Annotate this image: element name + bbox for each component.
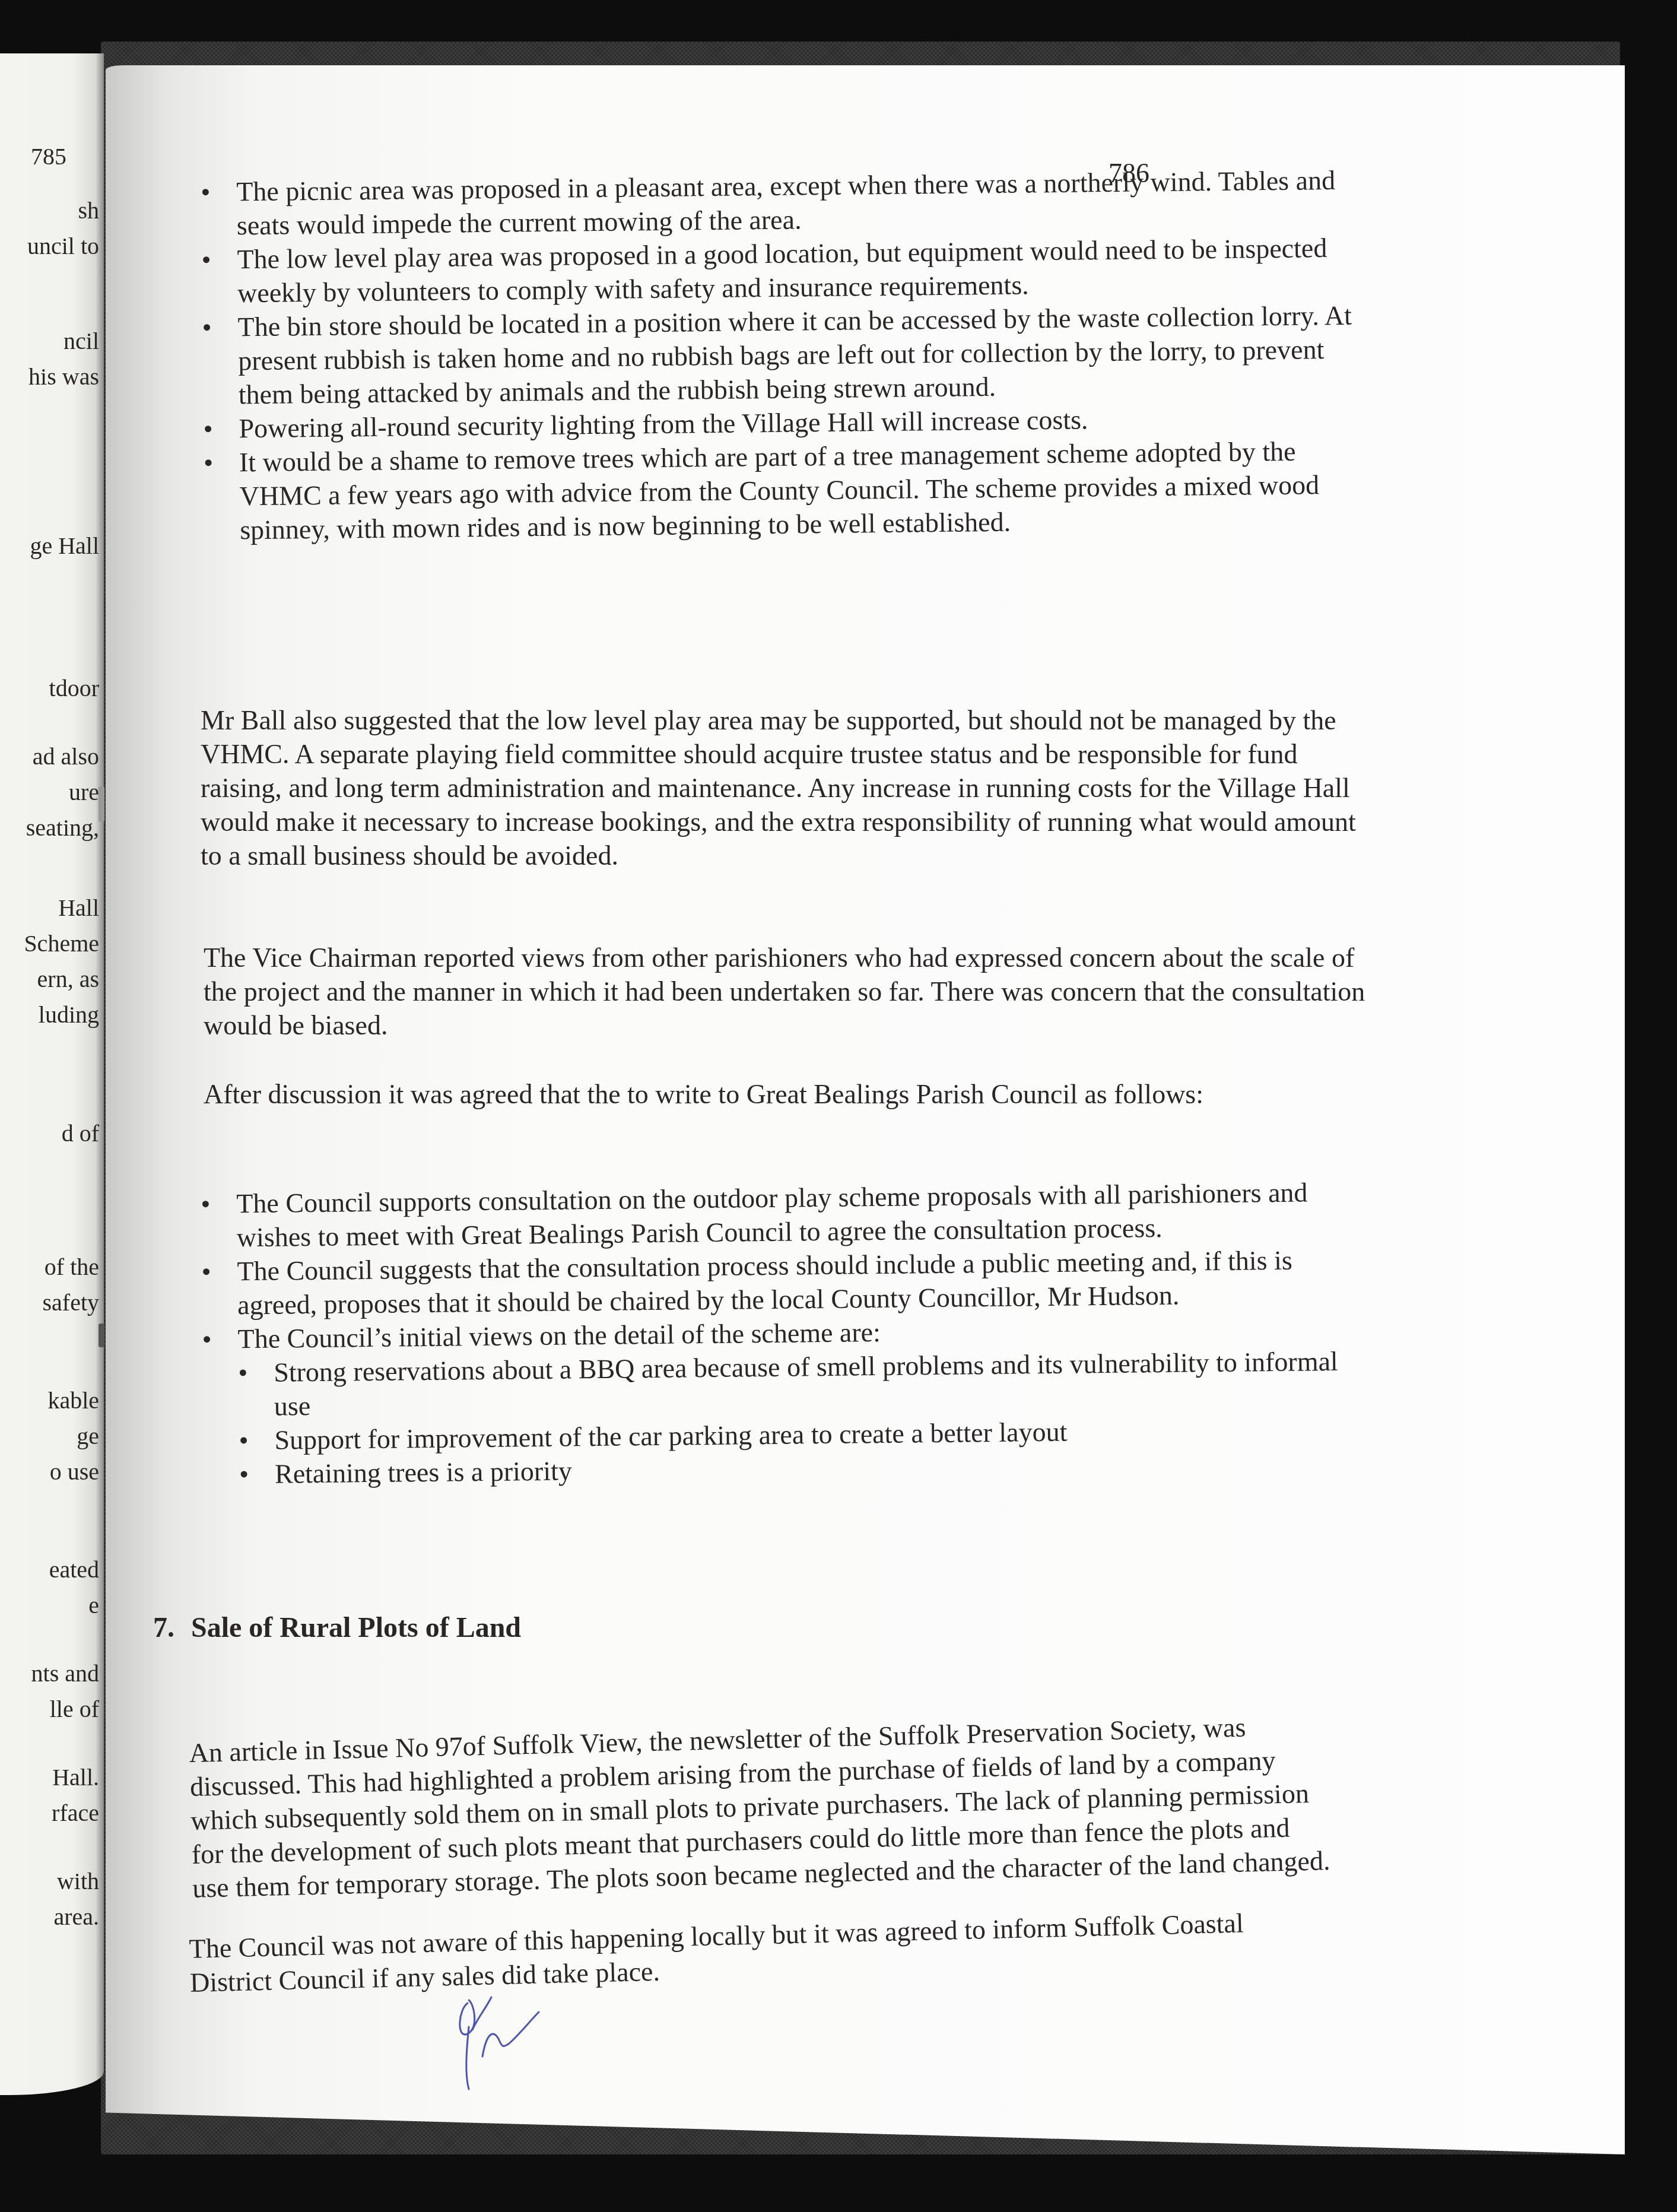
bullet-icon: • (201, 1255, 211, 1289)
section-7-paragraph-1: An article in Issue No 97of Suffolk View… (189, 1708, 1332, 1905)
left-page-fragment: Hall (58, 896, 99, 920)
left-page-fragment: with (57, 1870, 99, 1893)
bullet-icon: • (201, 175, 211, 209)
section-7-heading: 7. Sale of Rural Plots of Land (153, 1611, 521, 1644)
left-page-fragment: ern, as (37, 967, 99, 991)
bullet-icon: • (201, 243, 211, 277)
section-number: 7. (153, 1611, 184, 1644)
binding-tab (99, 786, 104, 822)
bullet-icon: • (239, 1423, 249, 1457)
list-item: •The picnic area was proposed in a pleas… (201, 163, 1358, 243)
left-page-fragment: tdoor (49, 677, 99, 700)
list-item: •The Council suggests that the consultat… (201, 1243, 1353, 1322)
list-item: •The bin store should be located in a po… (202, 299, 1360, 412)
list-item: •The low level play area was proposed in… (201, 231, 1359, 310)
left-page-fragment: lle of (50, 1697, 99, 1721)
bullet-icon: • (202, 310, 212, 344)
list-item: •It would be a shame to remove trees whi… (204, 434, 1362, 547)
bullet-icon: • (238, 1356, 248, 1389)
left-page-fragment: eated (49, 1558, 99, 1582)
left-page: 785 shuncil toncilhis wasge Halltdoorad … (0, 53, 104, 2095)
binding-notch (99, 1324, 104, 1347)
left-page-fragment: Scheme (24, 932, 99, 956)
left-page-fragment: ge Hall (30, 534, 99, 558)
vice-chairman-paragraph: The Vice Chairman reported views from ot… (204, 941, 1367, 1042)
right-page: 786 •The picnic area was proposed in a p… (106, 65, 1625, 2154)
left-page-fragment: area. (53, 1905, 99, 1929)
left-page-fragment: of the (45, 1255, 99, 1279)
sub-list-item: •Strong reservations about a BBQ area be… (202, 1344, 1354, 1424)
list-item: •The Council supports consultation on th… (201, 1175, 1352, 1255)
section-title: Sale of Rural Plots of Land (191, 1612, 521, 1643)
council-points-list: •The Council supports consultation on th… (201, 1175, 1355, 1491)
left-page-fragment: e (88, 1594, 99, 1617)
left-page-fragment: ge (77, 1424, 99, 1448)
left-page-fragment: ure (69, 780, 99, 804)
mr-ball-paragraph: Mr Ball also suggested that the low leve… (201, 703, 1376, 872)
left-page-fragment: ncil (63, 329, 99, 353)
bullet-icon: • (201, 1187, 211, 1221)
bullet-icon: • (239, 1457, 249, 1491)
left-page-number: 785 (31, 142, 66, 170)
objections-list: •The picnic area was proposed in a pleas… (201, 163, 1361, 547)
agreement-paragraph: After discussion it was agreed that the … (204, 1077, 1272, 1111)
section-7-paragraph-2: The Council was not aware of this happen… (189, 1905, 1317, 2000)
left-page-fragment: nts and (31, 1662, 99, 1686)
bullet-icon: • (204, 446, 214, 480)
left-page-fragment: seating, (26, 816, 99, 840)
left-page-fragment: sh (78, 199, 99, 223)
left-page-fragment: Hall. (52, 1766, 99, 1789)
bullet-icon: • (202, 1322, 212, 1356)
left-page-fragment: d of (62, 1122, 99, 1145)
left-page-fragment: o use (50, 1460, 99, 1484)
left-page-fragment: luding (39, 1003, 99, 1027)
bullet-icon: • (203, 412, 213, 446)
left-page-fragment: his was (28, 365, 99, 389)
left-page-fragment: kable (47, 1389, 99, 1413)
signature-initials (456, 1991, 545, 2095)
left-page-fragment: safety (42, 1291, 99, 1315)
left-page-fragment: ad also (33, 745, 99, 769)
left-page-fragment: uncil to (27, 234, 99, 258)
left-page-fragment: rface (52, 1801, 99, 1825)
